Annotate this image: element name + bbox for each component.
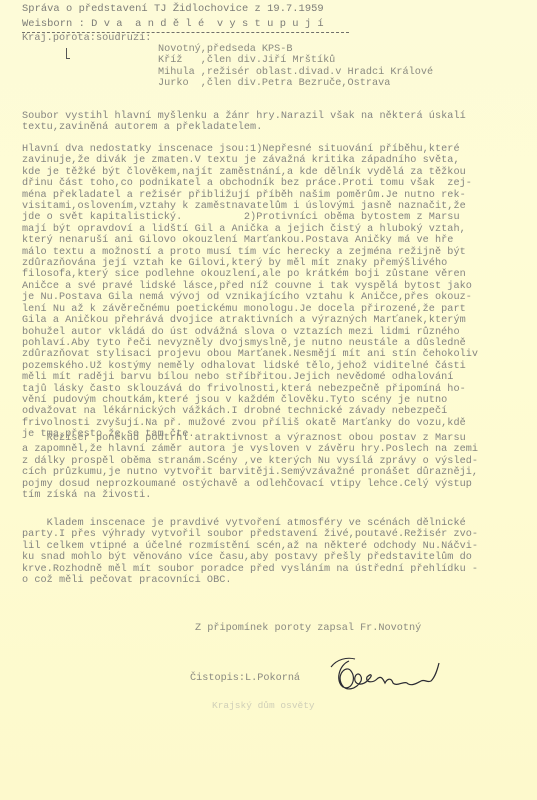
jury-role: ,člen div.Petra Bezruče,Ostrava — [201, 78, 391, 89]
jury-member: Mihula ,režisér oblast.divad.v Hradci Kr… — [158, 67, 433, 78]
jury-role: ,předseda KPS-B — [201, 44, 293, 55]
jury-member: Novotný,předseda KPS-B — [158, 44, 433, 55]
document-page: Správa o představení TJ Židlochovice z 1… — [0, 0, 537, 800]
jury-name: Kříž — [158, 55, 201, 66]
document-title: Správa o představení TJ Židlochovice z 1… — [22, 4, 324, 15]
signoff-line: Z připomínek poroty zapsal Fr.Novotný — [195, 623, 421, 634]
clean-copy-line: Čistopis:L.Pokorná — [190, 673, 300, 684]
jury-role: ,člen div.Jiří Mrštíků — [201, 55, 336, 66]
handwritten-signature-icon — [327, 653, 452, 701]
jury-name: Novotný — [158, 44, 201, 55]
jury-member: Jurko ,člen div.Petra Bezruče,Ostrava — [158, 78, 433, 89]
paragraph-director: Režisér poněkud podtrhl atraktivnost a v… — [22, 433, 478, 501]
paragraph-summary: Soubor vystihl hlavní myšlenku a žánr hr… — [22, 111, 466, 134]
paragraph-shortcomings: Hlavní dva nedostatky inscenace jsou:1)N… — [22, 144, 478, 441]
paragraph-positives: Kladem inscenace je pravdivé vytvoření a… — [22, 518, 478, 586]
jury-name: Mihula — [158, 67, 201, 78]
bracket-mark — [66, 48, 70, 59]
faded-stamp: Krajský dům osvěty — [212, 700, 315, 711]
jury-label: Kraj.porota:soudruzi: — [22, 33, 151, 44]
jury-list: Novotný,předseda KPS-B Kříž ,člen div.Ji… — [158, 44, 433, 90]
jury-member: Kříž ,člen div.Jiří Mrštíků — [158, 55, 433, 66]
play-title: Weisborn : D v a a n d ě l é v y s t u p… — [22, 19, 324, 30]
jury-role: ,režisér oblast.divad.v Hradci Králové — [201, 67, 433, 78]
jury-name: Jurko — [158, 78, 201, 89]
